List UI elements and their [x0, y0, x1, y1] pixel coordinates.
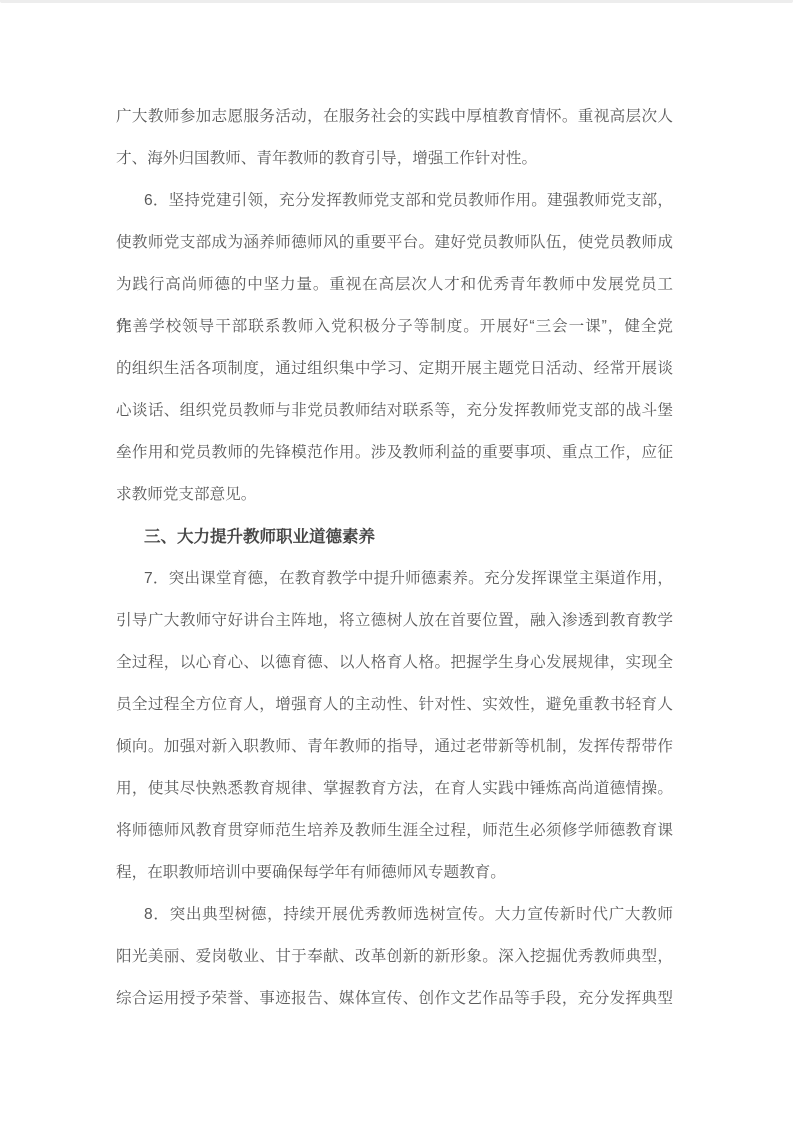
paragraph6-line: 的组织生活各项制度，通过组织集中学习、定期开展主题党日活动、经常开展谈 — [116, 348, 673, 390]
paragraph7-line: 全过程，以心育心、以德育德、以人格育人格。把握学生身心发展规律，实现全 — [116, 642, 673, 684]
paragraph5-line: 广大教师参加志愿服务活动，在服务社会的实践中厚植教育情怀。重视高层次人 — [116, 96, 673, 138]
section-heading: 三、大力提升教师职业道德素养 — [116, 516, 673, 558]
page-top-edge — [0, 0, 793, 3]
paragraph5-line: 才、海外归国教师、青年教师的教育引导，增强工作针对性。 — [116, 138, 673, 180]
document-content: 广大教师参加志愿服务活动，在服务社会的实践中厚植教育情怀。重视高层次人 才、海外… — [116, 96, 673, 1020]
paragraph7-line: 员全过程全方位育人，增强育人的主动性、针对性、实效性，避免重教书轻育人 — [116, 684, 673, 726]
paragraph6-line: 使教师党支部成为涵养师德师风的重要平台。建好党员教师队伍，使党员教师成 — [116, 222, 673, 264]
paragraph7-line: 引导广大教师守好讲台主阵地，将立德树人放在首要位置，融入渗透到教育教学 — [116, 600, 673, 642]
document-page: 广大教师参加志愿服务活动，在服务社会的实践中厚植教育情怀。重视高层次人 才、海外… — [0, 0, 793, 1122]
paragraph7-line: 将师德师风教育贯穿师范生培养及教师生涯全过程，师范生必须修学师德教育课 — [116, 810, 673, 852]
paragraph6-line: 6．坚持党建引领，充分发挥教师党支部和党员教师作用。建强教师党支部， — [116, 180, 673, 222]
paragraph7-line: 倾向。加强对新入职教师、青年教师的指导，通过老带新等机制，发挥传帮带作 — [116, 726, 673, 768]
paragraph6-line: 心谈话、组织党员教师与非党员教师结对联系等，充分发挥教师党支部的战斗堡 — [116, 390, 673, 432]
paragraph7-line: 用，使其尽快熟悉教育规律、掌握教育方法，在育人实践中锤炼高尚道德情操。 — [116, 768, 673, 810]
paragraph7-line: 7．突出课堂育德，在教育教学中提升师德素养。充分发挥课堂主渠道作用， — [116, 558, 673, 600]
paragraph8-line: 综合运用授予荣誉、事迹报告、媒体宣传、创作文艺作品等手段，充分发挥典型 — [116, 978, 673, 1020]
paragraph6-line: 求教师党支部意见。 — [116, 474, 673, 516]
paragraph8-line: 8．突出典型树德，持续开展优秀教师选树宣传。大力宣传新时代广大教师 — [116, 894, 673, 936]
paragraph6-line: 垒作用和党员教师的先锋模范作用。涉及教师利益的重要事项、重点工作，应征 — [116, 432, 673, 474]
paragraph7-line: 程，在职教师培训中要确保每学年有师德师风专题教育。 — [116, 852, 673, 894]
paragraph6-line: 完善学校领导干部联系教师入党积极分子等制度。开展好“三会一课”，健全党 — [116, 306, 673, 348]
paragraph8-line: 阳光美丽、爱岗敬业、甘于奉献、改革创新的新形象。深入挖掘优秀教师典型， — [116, 936, 673, 978]
paragraph6-line: 为践行高尚师德的中坚力量。重视在高层次人才和优秀青年教师中发展党员工作， — [116, 264, 673, 306]
